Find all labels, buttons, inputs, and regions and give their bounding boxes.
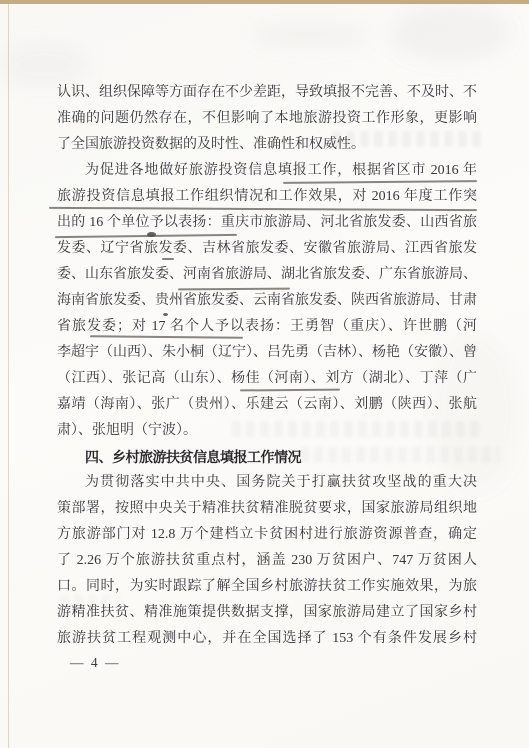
text-line: 口。同时，为实时跟踪了解全国乡村旅游扶贫工作实施效果，为旅	[57, 574, 477, 600]
text-line: 旅游扶贫工程观测中心，并在全国选择了 153 个有条件发展乡村	[57, 626, 477, 652]
section-heading: 四、乡村旅游扶贫信息填报工作情况	[57, 444, 477, 470]
text-line: 了 2.26 万个旅游扶贫重点村，涵盖 230 万贫困户、747 万贫困人	[57, 548, 477, 574]
text-line: 准确的问题仍然存在，不但影响了本地旅游投资工作形象，更影响	[57, 106, 477, 132]
document-text: 认识、组织保障等方面存在不少差距，导致填报不完善、不及时、不准确的问题仍然存在，…	[57, 80, 477, 652]
page-number: — 4 —	[70, 650, 121, 676]
text-line: 策部署，按照中央关于精准扶贫精准脱贫要求，国家旅游局组织地	[57, 496, 477, 522]
paper-texture	[250, 20, 370, 50]
text-line: 了全国旅游投资数据的及时性、准确性和权威性。	[57, 132, 477, 158]
text-line: 省旅发委；对 17 名个人予以表扬：王勇智（重庆）、许世鹏（河北）、	[57, 314, 477, 340]
text-line: 游精准扶贫、精准施策提供数据支撑，国家旅游局建立了国家乡村	[57, 600, 477, 626]
text-line: 李超宇（山西）、朱小桐（辽宁）、吕先勇（吉林）、杨艳（安徽）、曾本珺	[57, 340, 477, 366]
text-line: 海南省旅发委、贵州省旅发委、云南省旅发委、陕西省旅游局、甘肃	[57, 288, 477, 314]
text-line: 为贯彻落实中共中央、国务院关于打赢扶贫攻坚战的重大决	[57, 470, 477, 496]
text-line: 为促进各地做好旅游投资信息填报工作，根据省区市 2016 年	[57, 158, 477, 184]
text-line: 发委、辽宁省旅发委、吉林省旅发委、安徽省旅游局、江西省旅发	[57, 236, 477, 262]
page-fold-edge	[8, 4, 9, 748]
text-line: （江西）、张记高（山东）、杨佳（河南）、刘方（湖北）、丁萍（广东）、陈	[57, 366, 477, 392]
text-line: 认识、组织保障等方面存在不少差距，导致填报不完善、不及时、不	[57, 80, 477, 106]
text-line: 委、山东省旅发委、河南省旅游局、湖北省旅发委、广东省旅游局、	[57, 262, 477, 288]
text-line: 肃）、张旭明（宁波）。	[57, 418, 477, 444]
text-line: 方旅游部门对 12.8 万个建档立卡贫困村进行旅游资源普查，确定	[57, 522, 477, 548]
paper-texture	[390, 6, 510, 61]
text-line: 嘉靖（海南）、张广（贵州）、乐建云（云南）、刘鹏（陕西）、张航（甘	[57, 392, 477, 418]
scanned-page: 认识、组织保障等方面存在不少差距，导致填报不完善、不及时、不准确的问题仍然存在，…	[0, 0, 529, 748]
text-line: 出的 16 个单位予以表扬：重庆市旅游局、河北省旅发委、山西省旅	[57, 210, 477, 236]
text-line: 旅游投资信息填报工作组织情况和工作效果，对 2016 年度工作突	[57, 184, 477, 210]
scan-top-edge	[0, 0, 529, 4]
